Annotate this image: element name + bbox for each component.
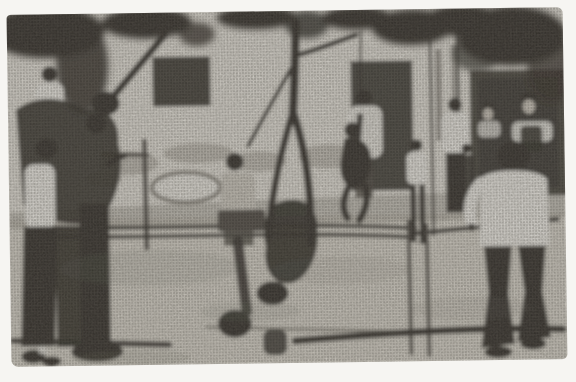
film-grain-overlay	[7, 7, 568, 367]
photo-scene	[7, 7, 568, 367]
photograph	[7, 7, 568, 367]
scanned-page	[0, 0, 576, 382]
